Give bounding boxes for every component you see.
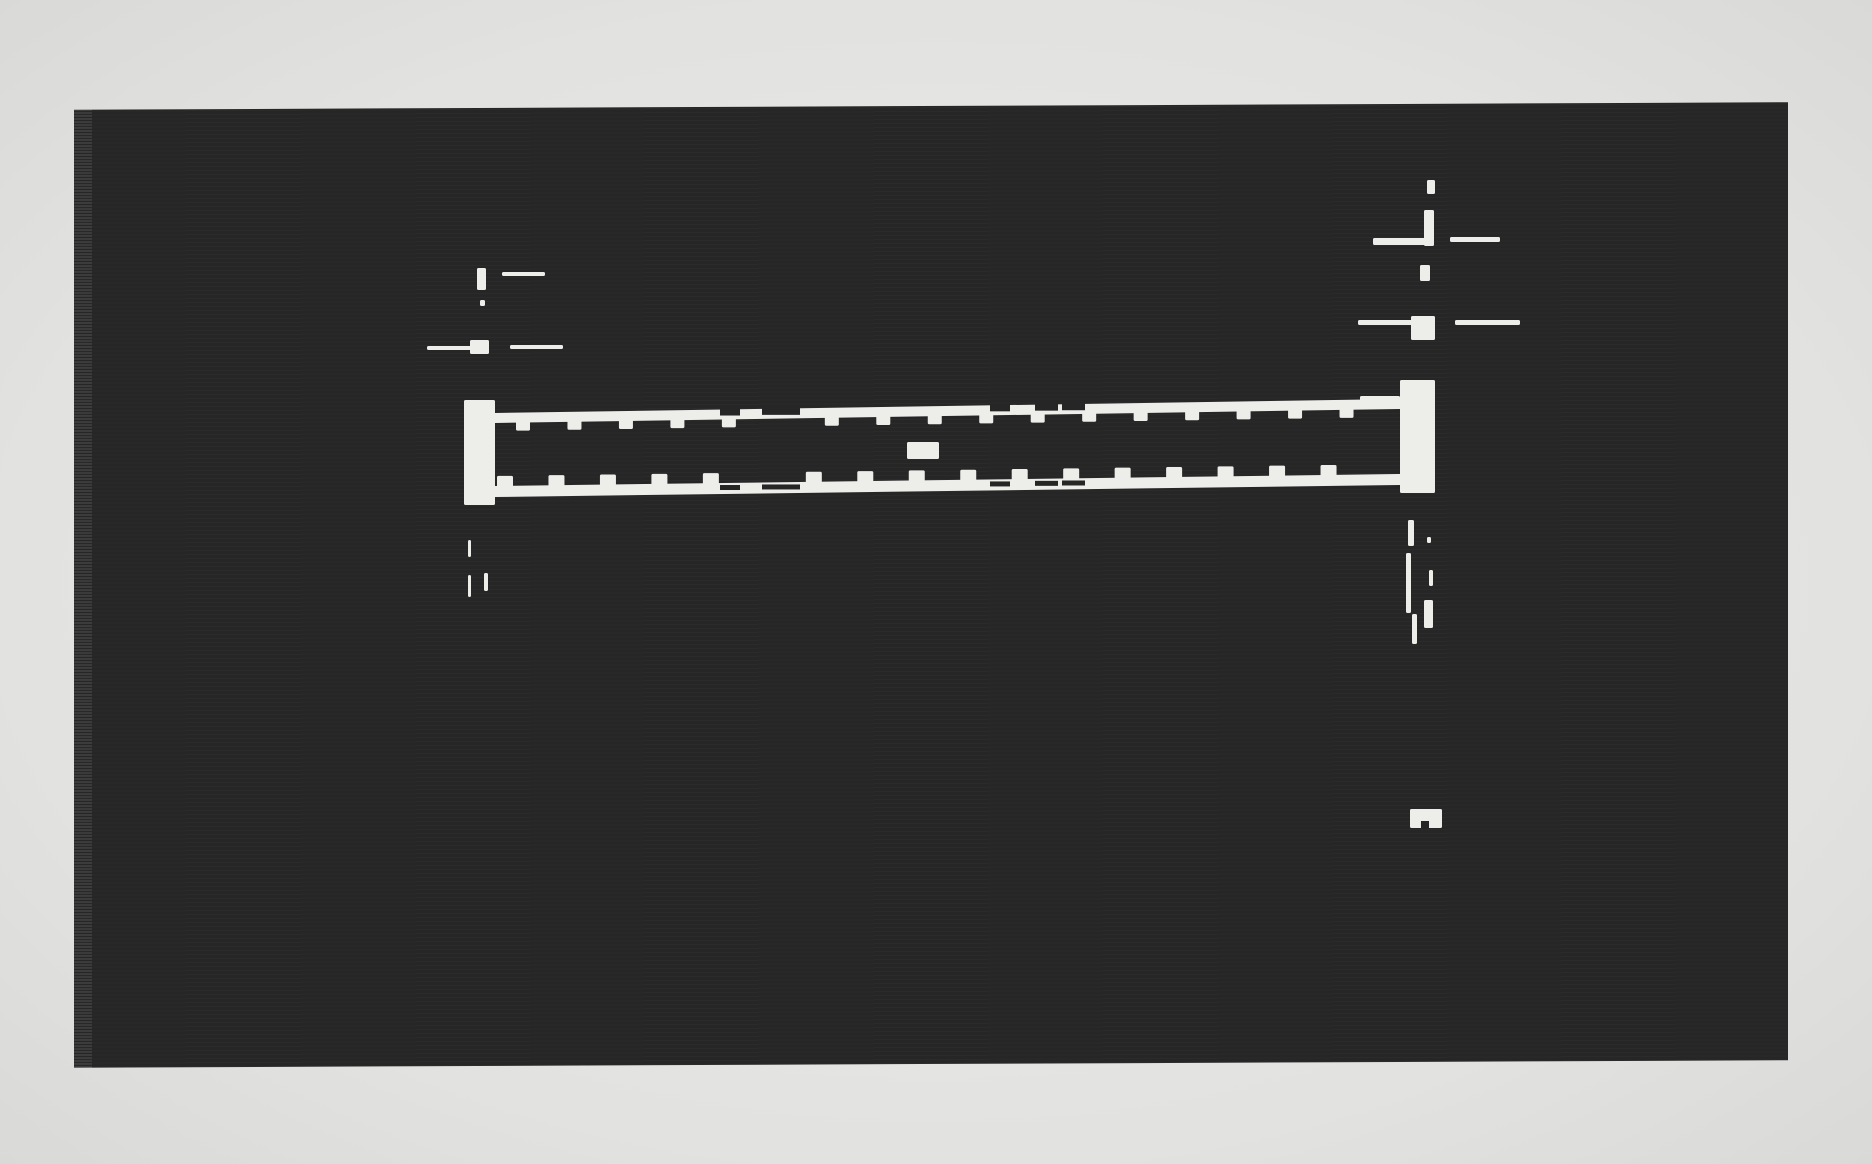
left-marker-node [470, 340, 489, 354]
bottom-tooth [909, 470, 925, 482]
bottom-tooth [1166, 467, 1182, 479]
center-marker [907, 442, 939, 459]
right-support-marker [1358, 180, 1520, 644]
left-marker-line [427, 346, 477, 350]
left-marker-dash-upper [502, 272, 545, 276]
left-marker-dot [480, 300, 485, 306]
bottom-tooth [806, 472, 822, 484]
top-tooth [722, 417, 736, 427]
top-tooth [1031, 413, 1045, 423]
bottom-tooth [1063, 468, 1079, 480]
right-marker-tick [1427, 180, 1435, 194]
top-tooth [979, 413, 993, 423]
trace-dropout [762, 407, 800, 415]
top-tooth [670, 418, 684, 428]
beam-bottom-flange [495, 474, 1400, 497]
bottom-tooth [651, 474, 667, 486]
bottom-tooth [600, 475, 616, 487]
loose-marker-notch [1421, 821, 1429, 828]
bottom-tooth [1269, 466, 1285, 478]
loose-marker [1410, 809, 1442, 828]
left-marker-dash-lower [510, 345, 563, 349]
beam [464, 380, 1435, 505]
beam-diagram [0, 0, 1872, 1164]
right-leg-dash [1427, 537, 1431, 543]
top-tooth [567, 420, 581, 430]
bottom-tooth [1218, 466, 1234, 478]
right-marker-stub [1420, 265, 1430, 281]
top-tooth [1340, 408, 1354, 418]
left-leg-dash [484, 573, 488, 591]
trace-dropout [1035, 403, 1058, 411]
bottom-tooth [703, 473, 719, 485]
bottom-tooth [1115, 468, 1131, 480]
top-tooth [1134, 411, 1148, 421]
right-marker-dash-lower [1455, 320, 1520, 325]
trace-dropout [990, 481, 1010, 486]
trace-dropout [1062, 480, 1085, 485]
top-tooth [1288, 409, 1302, 419]
top-tooth [928, 414, 942, 424]
right-marker-node [1411, 316, 1435, 340]
top-tooth [1185, 410, 1199, 420]
top-tooth [1237, 409, 1251, 419]
right-marker-dash-upper [1450, 237, 1500, 242]
top-tooth [619, 419, 633, 429]
right-leg-dash [1406, 553, 1411, 613]
left-leg-dash [468, 540, 471, 557]
right-leg-dash [1424, 600, 1433, 628]
right-end-flange [1360, 396, 1400, 408]
right-leg-dash [1408, 520, 1414, 546]
trace-dropout [1035, 481, 1058, 486]
right-marker-line-lower [1358, 320, 1418, 325]
right-leg-dash [1429, 570, 1433, 586]
left-leg-dash [468, 575, 471, 597]
top-tooth [825, 416, 839, 426]
trace-dropout [720, 485, 740, 490]
top-tooth [1082, 412, 1096, 422]
top-tooth [876, 415, 890, 425]
trace-dropout [990, 403, 1010, 411]
trace-dropout [720, 408, 740, 416]
bottom-tooth [548, 475, 564, 487]
bottom-tooth [1012, 469, 1028, 481]
right-marker-line-upper [1373, 238, 1428, 245]
left-marker-tick [477, 268, 486, 290]
left-end-cap [464, 400, 495, 505]
right-leg-dash [1412, 614, 1417, 644]
trace-dropout [762, 484, 800, 489]
top-tooth [516, 421, 530, 431]
right-end-cap [1400, 380, 1435, 493]
bottom-tooth [497, 476, 513, 488]
bottom-tooth [857, 471, 873, 483]
trace-dropout [1062, 402, 1085, 410]
bottom-tooth [960, 470, 976, 482]
bottom-tooth [1321, 465, 1337, 477]
